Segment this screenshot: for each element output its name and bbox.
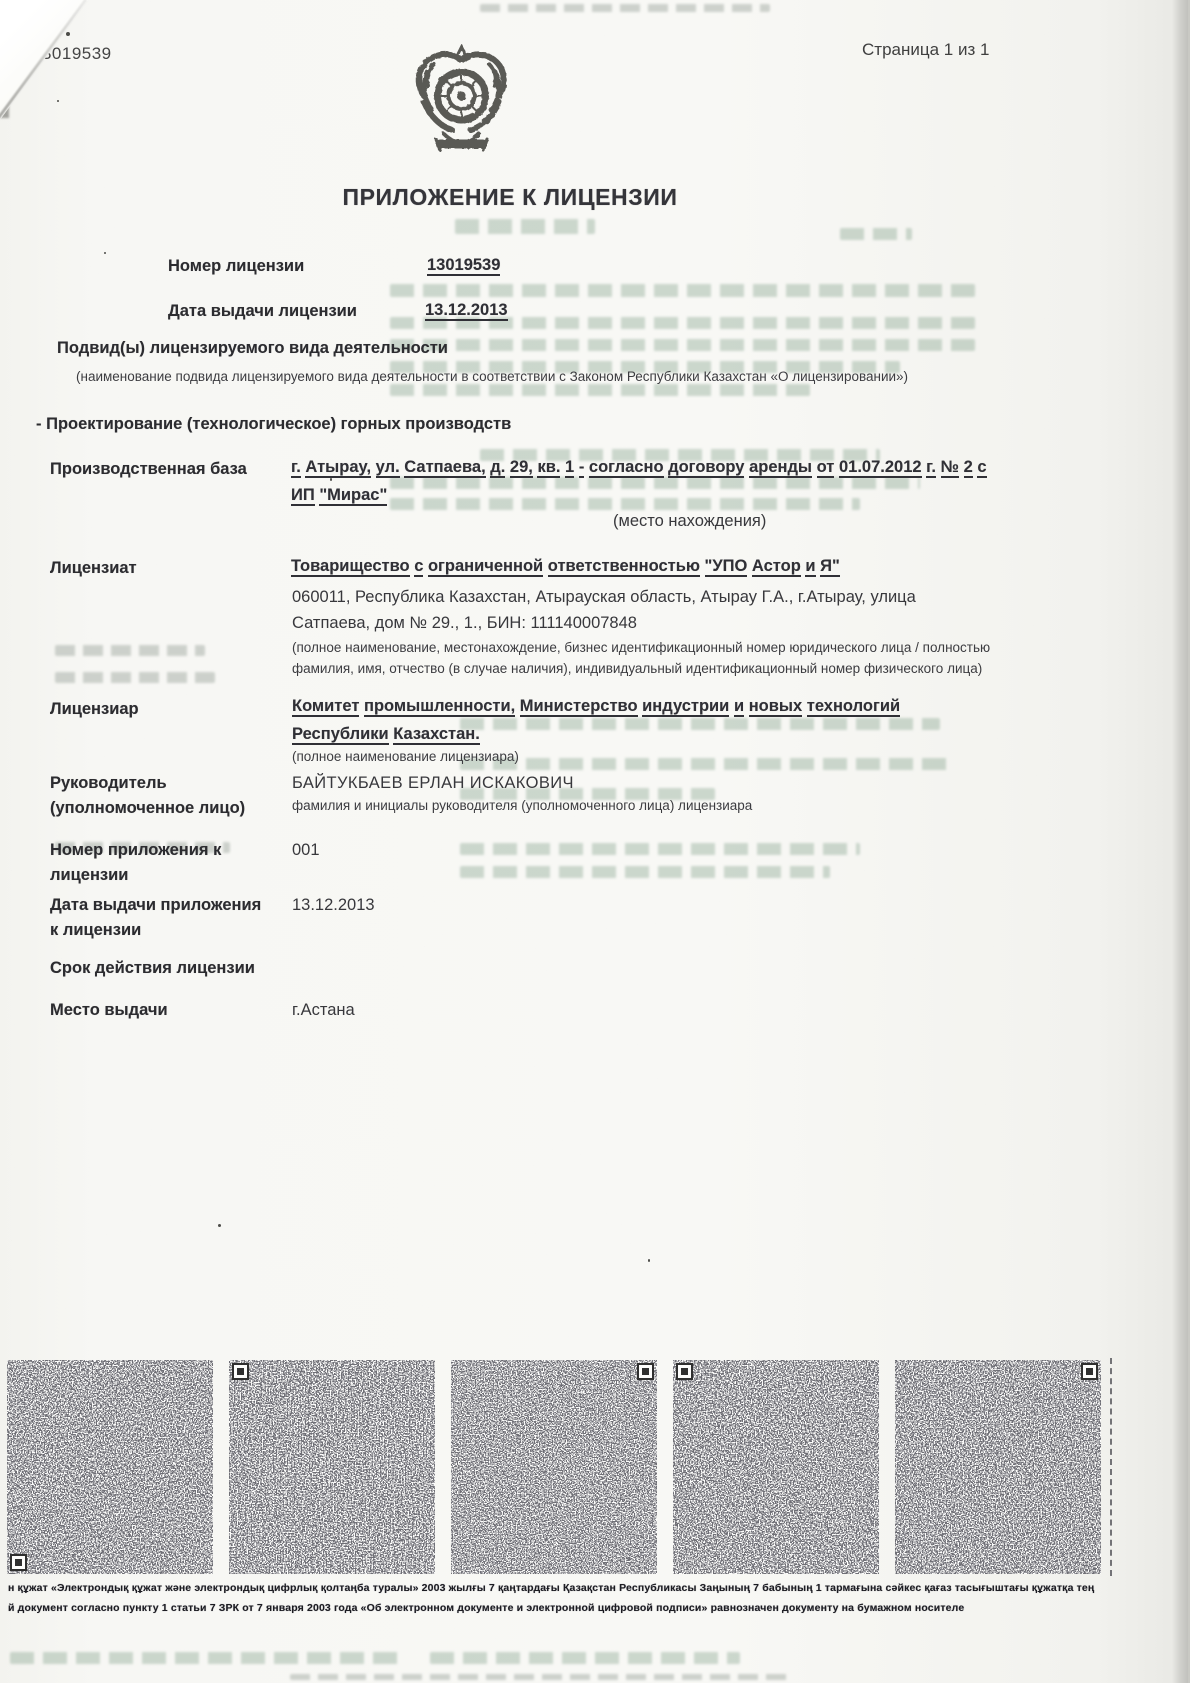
- document-title: ПРИЛОЖЕНИЕ К ЛИЦЕНЗИИ: [10, 184, 1010, 211]
- ghost-text-bleedthrough: [455, 219, 595, 234]
- ghost-text-bleedthrough: [55, 645, 205, 656]
- production-base-note: (место нахождения): [613, 508, 766, 534]
- issue-place-label: Место выдачи: [50, 998, 265, 1023]
- scan-speck: [57, 100, 59, 102]
- appendix-date-label: Дата выдачи приложения к лицензии: [50, 893, 265, 943]
- subtype-item: - Проектирование (технологическое) горны…: [36, 412, 836, 437]
- licensor-name: Комитет промышленности, Министерство инд…: [292, 692, 947, 748]
- head-label: Руководитель (уполномоченное лицо): [50, 771, 265, 821]
- ghost-text-bleedthrough: [430, 1652, 740, 1664]
- subtype-section-heading: Подвид(ы) лицензируемого вида деятельнос…: [57, 336, 657, 361]
- appendix-date-value: 13.12.2013: [292, 892, 375, 918]
- license-number-value: 13019539: [427, 251, 500, 279]
- appendix-number-value: 001: [292, 837, 320, 863]
- ghost-text-bleedthrough: [55, 672, 215, 683]
- digital-signature-barcode-row: [0, 1360, 1190, 1574]
- footer-legal-line-kazakh: н құжат «Электрондық құжат және электрон…: [8, 1582, 1183, 1594]
- scan-speck: [330, 478, 332, 481]
- head-name: БАЙТУКБАЕВ ЕРЛАН ИСКАКОВИЧ: [292, 770, 574, 796]
- kazakhstan-emblem-icon: [410, 44, 513, 164]
- licensee-name: Товарищество с ограниченной ответственно…: [291, 552, 991, 580]
- scan-speck: [66, 32, 70, 36]
- scan-speck: [218, 1224, 221, 1227]
- scan-speck: [648, 1259, 650, 1262]
- signature-barcode-block: [895, 1360, 1101, 1574]
- scanned-license-appendix-document: 13019539 Страница 1 из 1: [0, 0, 1190, 1683]
- subtype-section-note: (наименование подвида лицензируемого вид…: [76, 366, 976, 387]
- scan-right-edge: [1172, 0, 1190, 1683]
- ghost-text-bleedthrough: [10, 1652, 400, 1664]
- signature-barcode-block: [7, 1360, 213, 1574]
- barcode-finder-square: [10, 1554, 27, 1571]
- cut-line-dashed: [1110, 1358, 1112, 1576]
- barcode-finder-square: [676, 1363, 693, 1380]
- ghost-text-bleedthrough: [460, 758, 950, 770]
- ghost-text-bleedthrough: [290, 1674, 790, 1680]
- ghost-text-bleedthrough: [480, 4, 770, 12]
- signature-barcode-block: [451, 1360, 657, 1574]
- issue-place-value: г.Астана: [292, 997, 355, 1023]
- production-base-value: г. Атырау, ул. Сатпаева, д. 29, кв. 1 - …: [291, 453, 991, 509]
- license-issue-date-label: Дата выдачи лицензии: [168, 299, 357, 324]
- licensee-label: Лицензиат: [50, 556, 265, 581]
- production-base-label: Производственная база: [50, 457, 265, 482]
- licensor-label: Лицензиар: [50, 697, 265, 722]
- ghost-text-bleedthrough: [840, 228, 912, 240]
- barcode-finder-square: [1081, 1363, 1098, 1380]
- page-indicator: Страница 1 из 1: [862, 40, 989, 60]
- footer-legal-line-russian: й документ согласно пункту 1 статьи 7 ЗР…: [8, 1602, 1183, 1614]
- licensor-note: (полное наименование лицензиара): [292, 746, 519, 767]
- ghost-text-bleedthrough: [460, 866, 830, 878]
- licensee-note: (полное наименование, местонахождение, б…: [292, 637, 992, 679]
- licensee-details: 060011, Республика Казахстан, Атырауская…: [292, 584, 982, 636]
- signature-barcode-block: [229, 1360, 435, 1574]
- barcode-finder-square: [232, 1363, 249, 1380]
- barcode-finder-square: [637, 1363, 654, 1380]
- validity-label: Срок действия лицензии: [50, 956, 310, 981]
- head-note: фамилия и инициалы руководителя (уполном…: [292, 795, 992, 816]
- ghost-text-bleedthrough: [460, 843, 860, 855]
- scan-speck: [104, 252, 106, 254]
- appendix-number-label: Номер приложения к лицензии: [50, 838, 265, 888]
- license-number-label: Номер лицензии: [168, 254, 304, 279]
- signature-barcode-block: [673, 1360, 879, 1574]
- license-issue-date-value: 13.12.2013: [425, 296, 508, 324]
